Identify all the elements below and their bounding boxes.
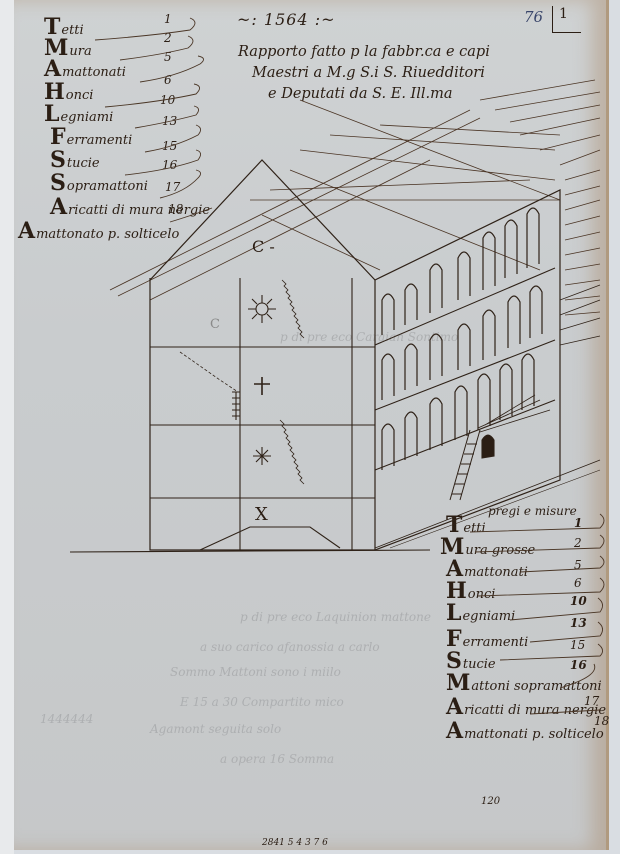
bottom-page-number: 120: [481, 796, 500, 807]
building-drawing: X C - C: [0, 0, 620, 854]
x-symbol: X: [255, 504, 268, 525]
left-legend-underlines: [95, 18, 212, 222]
sun-symbol: [248, 295, 276, 323]
bottom-scribble: 2841 5 4 3 7 6: [262, 838, 328, 848]
moon-symbol: C -: [252, 237, 275, 256]
svg-text:C: C: [210, 317, 220, 332]
cross-symbol: [254, 377, 270, 395]
arched-windows: [382, 208, 542, 470]
right-legend-underlines: [470, 514, 604, 714]
star-symbol: [253, 447, 271, 465]
